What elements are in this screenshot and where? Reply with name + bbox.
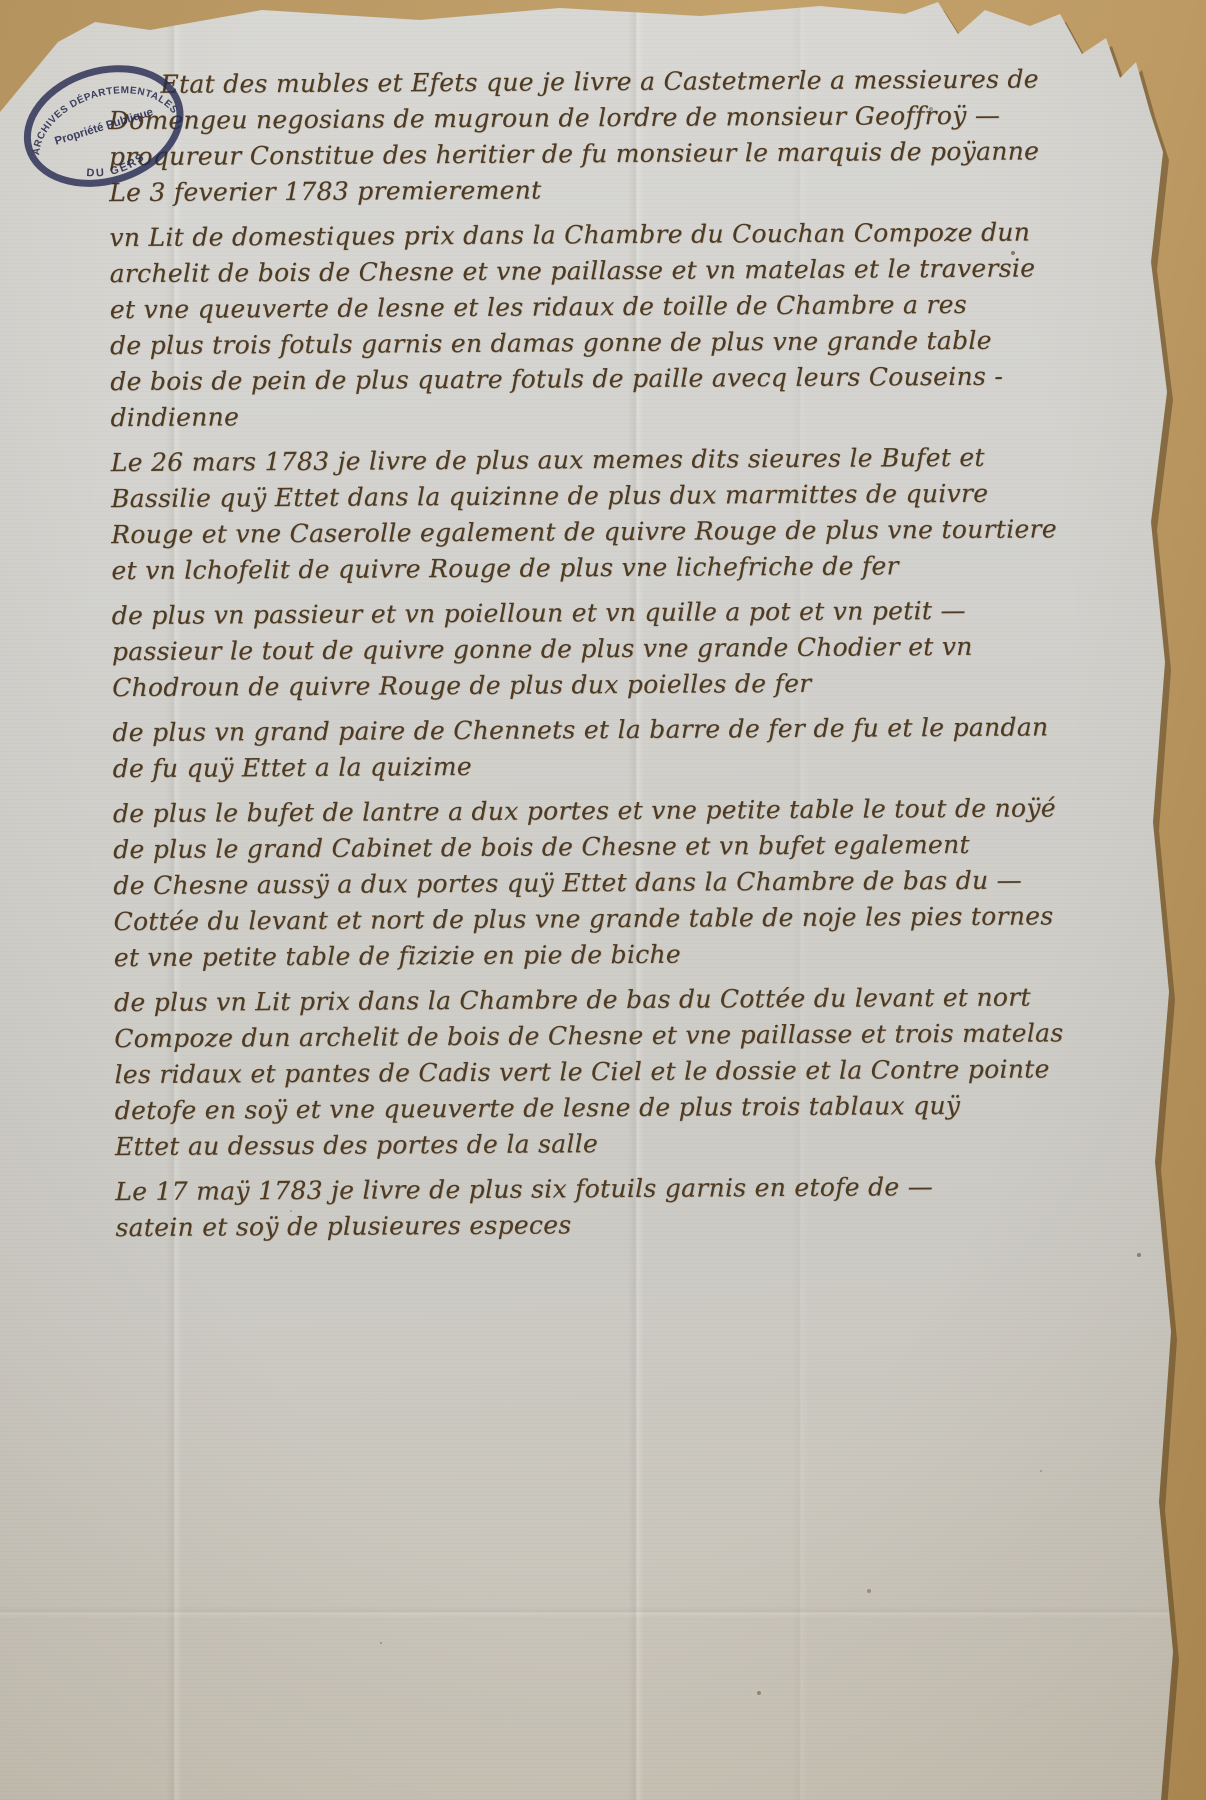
stamp-arc-bottom-text: DU GERS	[83, 149, 150, 185]
photo-scene: Etat des mubles et Efets que je livre a …	[0, 0, 1206, 1800]
horizontal-fold-crease	[0, 1606, 1206, 1618]
manuscript-line: proqureur Constitue des heritier de fu m…	[109, 133, 1129, 175]
manuscript-line: et vne queuverte de lesne et les ridaux …	[110, 286, 1130, 328]
manuscript-line: vn Lit de domestiques prix dans la Chamb…	[109, 214, 1129, 256]
stamp-oval-border	[13, 51, 194, 202]
manuscript-line: et vn lchofelit de quivre Rouge de plus …	[111, 547, 1131, 589]
manuscript-line: Etat des mubles et Efets que je livre a …	[108, 61, 1128, 103]
manuscript-line: de plus vn passieur et vn poielloun et v…	[112, 592, 1132, 634]
manuscript-line: de fu quÿ Ettet a la quizime	[113, 745, 1133, 787]
manuscript-line: de bois de pein de plus quatre fotuls de…	[110, 358, 1130, 400]
paragraph: Le 26 mars 1783 je livre de plus aux mem…	[111, 439, 1132, 589]
manuscript-line: Le 17 maÿ 1783 je livre de plus six fotu…	[115, 1168, 1135, 1210]
vertical-fold-crease	[792, 0, 808, 1800]
manuscript-line: Chodroun de quivre Rouge de plus dux poi…	[112, 664, 1132, 706]
stamp-center-text: Propriété Publique	[53, 106, 154, 147]
manuscript-line: archelit de bois de Chesne et vne pailla…	[110, 250, 1130, 292]
manuscript-line: Cottée du levant et nort de plus vne gra…	[113, 898, 1133, 940]
manuscript-line: dindienne	[110, 394, 1130, 436]
archive-stamp: ARCHIVES DÉPARTEMENTALES Propriété Publi…	[1, 34, 207, 220]
paragraph: Le 17 maÿ 1783 je livre de plus six fotu…	[115, 1168, 1135, 1246]
stamp-arc-bottom-textpath: DU GERS	[83, 149, 150, 185]
manuscript-line: et vne petite table de fizizie en pie de…	[114, 934, 1134, 976]
manuscript-line: Bassilie quÿ Ettet dans la quizinne de p…	[111, 475, 1131, 517]
manuscript-text: Etat des mubles et Efets que je livre a …	[108, 61, 1135, 1255]
manuscript-line: de plus vn grand paire de Chennets et la…	[112, 709, 1132, 751]
paragraph: Etat des mubles et Efets que je livre a …	[108, 61, 1129, 211]
manuscript-line: de plus le bufet de lantre a dux portes …	[113, 790, 1133, 832]
manuscript-line: Le 26 mars 1783 je livre de plus aux mem…	[111, 439, 1131, 481]
manuscript-line: Le 3 feverier 1783 premierement	[109, 169, 1129, 211]
paragraph: de plus vn passieur et vn poielloun et v…	[112, 592, 1133, 706]
paragraph: vn Lit de domestiques prix dans la Chamb…	[109, 214, 1130, 436]
ink-specks	[0, 0, 2, 2]
manuscript-line: Domengeu negosians de mugroun de lordre …	[109, 97, 1129, 139]
manuscript-line: Ettet au dessus des portes de la salle	[115, 1123, 1135, 1165]
manuscript-line: les ridaux et pantes de Cadis vert le Ci…	[114, 1051, 1134, 1093]
vertical-fold-crease	[166, 0, 182, 1800]
paragraph: de plus le bufet de lantre a dux portes …	[113, 790, 1134, 976]
manuscript-line: Compoze dun archelit de bois de Chesne e…	[114, 1015, 1134, 1057]
manuscript-page: Etat des mubles et Efets que je livre a …	[0, 0, 1206, 1800]
paragraph: de plus vn Lit prix dans la Chambre de b…	[114, 979, 1135, 1165]
stamp-arc-top-textpath: ARCHIVES DÉPARTEMENTALES	[18, 66, 181, 159]
manuscript-line: de plus trois fotuls garnis en damas gon…	[110, 322, 1130, 364]
manuscript-line: passieur le tout de quivre gonne de plus…	[112, 628, 1132, 670]
paragraph: de plus vn grand paire de Chennets et la…	[112, 709, 1132, 787]
stamp-arc-top-text: ARCHIVES DÉPARTEMENTALES	[18, 66, 181, 159]
manuscript-line: de Chesne aussÿ a dux portes quÿ Ettet d…	[113, 862, 1133, 904]
manuscript-line: Rouge et vne Caserolle egalement de quiv…	[111, 511, 1131, 553]
manuscript-line: detofe en soÿ et vne queuverte de lesne …	[115, 1087, 1135, 1129]
manuscript-line: de plus vn Lit prix dans la Chambre de b…	[114, 979, 1134, 1021]
manuscript-line: de plus le grand Cabinet de bois de Ches…	[113, 826, 1133, 868]
vertical-fold-crease	[628, 0, 644, 1800]
manuscript-line: satein et soÿ de plusieures especes	[115, 1204, 1135, 1246]
